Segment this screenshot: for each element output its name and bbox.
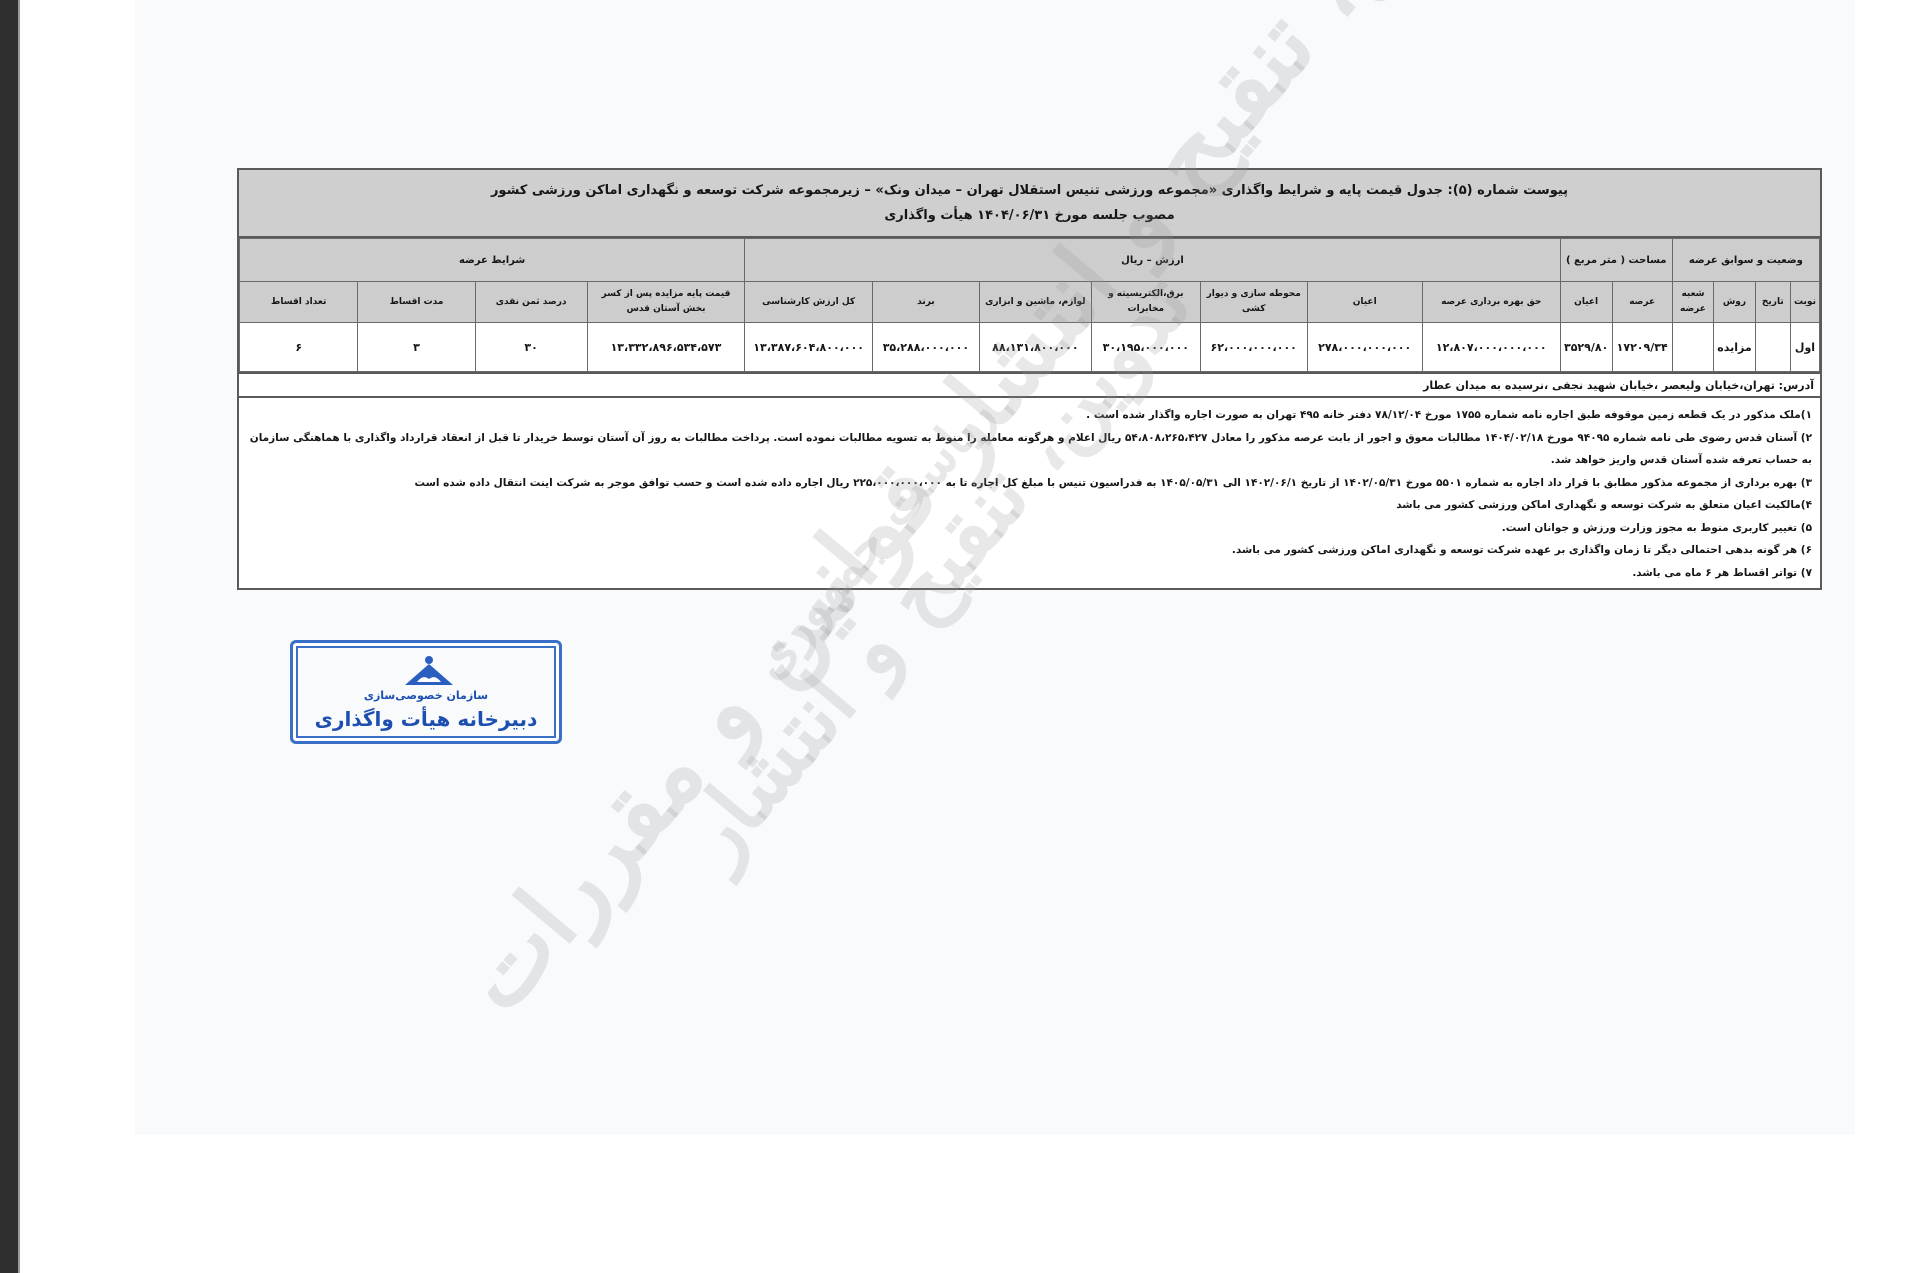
column-header: عرصه: [1612, 282, 1672, 323]
viewer-left-strip: [0, 0, 18, 1273]
cell-round: اول: [1790, 323, 1819, 372]
stamp-org-name: سازمان خصوصی‌سازی: [293, 689, 559, 702]
note-item: ۷) تواتر اقساط هر ۶ ماه می باشد.: [247, 562, 1812, 585]
column-header: اعیان: [1307, 282, 1422, 323]
note-item: ۱)ملک مذکور در یک قطعه زمین موقوفه طبق ا…: [247, 404, 1812, 427]
column-header: لوازم، ماشین و ابزاری: [979, 282, 1091, 323]
cell-building-value: ۲۷۸،۰۰۰،۰۰۰،۰۰۰: [1307, 323, 1422, 372]
cell-cash-percent: ۳۰: [475, 323, 587, 372]
pricing-table: پیوست شماره (۵): جدول قیمت پایه و شرایط …: [237, 168, 1822, 590]
cell-date: [1755, 323, 1790, 372]
column-header: اعیان: [1560, 282, 1612, 323]
cell-land-usage-right: ۱۲،۸۰۷،۰۰۰،۰۰۰،۰۰۰: [1422, 323, 1560, 372]
column-header: درصد ثمن نقدی: [475, 282, 587, 323]
group-header-area: مساحت ( متر مربع ): [1560, 239, 1672, 282]
cell-brand-value: ۳۵،۲۸۸،۰۰۰،۰۰۰: [872, 323, 979, 372]
column-header: برند: [872, 282, 979, 323]
group-header-row: وضعیت و سوابق عرضه مساحت ( متر مربع ) ار…: [240, 239, 1820, 282]
privatization-logo-icon: [403, 655, 455, 687]
cell-total-appraisal: ۱۳،۳۸۷،۶۰۴،۸۰۰،۰۰۰: [745, 323, 873, 372]
column-header: برق،الکتریسیته و مخابرات: [1091, 282, 1200, 323]
column-header: شعبه عرضه: [1672, 282, 1713, 323]
note-item: ۲) آستان قدس رضوی طی نامه شماره ۹۴۰۹۵ مو…: [247, 427, 1812, 450]
notes-section: ۱)ملک مذکور در یک قطعه زمین موقوفه طبق ا…: [239, 398, 1820, 588]
column-header: روش: [1714, 282, 1755, 323]
cell-landscaping-value: ۶۲،۰۰۰،۰۰۰،۰۰۰: [1200, 323, 1307, 372]
column-header: مدت اقساط: [358, 282, 475, 323]
column-header: تعداد اقساط: [240, 282, 358, 323]
pricing-grid: وضعیت و سوابق عرضه مساحت ( متر مربع ) ار…: [239, 238, 1820, 372]
column-header-row: نوبت تاریخ روش شعبه عرضه عرصه اعیان حق ب…: [240, 282, 1820, 323]
column-header: حق بهره برداری عرصه: [1422, 282, 1560, 323]
stamp-title: دبیرخانه هیأت واگذاری: [293, 707, 559, 731]
cell-building-area: ۳۵۲۹/۸۰: [1560, 323, 1612, 372]
cell-electrical-value: ۳۰،۱۹۵،۰۰۰،۰۰۰: [1091, 323, 1200, 372]
cell-installment-period: ۳: [358, 323, 475, 372]
viewer-left-strip-edge: [18, 0, 20, 1273]
table-title: پیوست شماره (۵): جدول قیمت پایه و شرایط …: [491, 183, 1568, 198]
group-header-terms: شرایط عرضه: [240, 239, 745, 282]
note-item: ۳) بهره برداری از مجموعه مذکور مطابق با …: [247, 472, 1812, 495]
cell-installment-count: ۶: [240, 323, 358, 372]
column-header: محوطه سازی و دیوار کشی: [1200, 282, 1307, 323]
column-header: کل ارزش کارشناسی: [745, 282, 873, 323]
note-item: به حساب تعرفه شده آستان قدس واریز خواهد …: [247, 449, 1812, 472]
table-subtitle: مصوب جلسه مورخ ۱۴۰۴/۰۶/۳۱ هیأت واگذاری: [884, 208, 1174, 223]
note-item: ۶) هر گونه بدهی احتمالی دیگر تا زمان واگ…: [247, 539, 1812, 562]
address-row: آدرس: تهران،خیابان ولیعصر ،خیابان شهید ن…: [239, 372, 1820, 398]
cell-method: مزایده: [1714, 323, 1755, 372]
group-header-value: ارزش – ریال: [745, 239, 1560, 282]
cell-land-area: ۱۷۲۰۹/۳۴: [1612, 323, 1672, 372]
column-header: قیمت پایه مزایده پس از کسر بخش آستان قدس: [587, 282, 745, 323]
official-stamp: سازمان خصوصی‌سازی دبیرخانه هیأت واگذاری: [290, 640, 562, 744]
cell-branch: [1672, 323, 1713, 372]
note-item: ۴)مالکیت اعیان متعلق به شرکت توسعه و نگه…: [247, 494, 1812, 517]
note-item: ۵) تغییر کاربری منوط به مجوز وزارت ورزش …: [247, 517, 1812, 540]
column-header: تاریخ: [1755, 282, 1790, 323]
column-header: نوبت: [1790, 282, 1819, 323]
table-row: اول مزایده ۱۷۲۰۹/۳۴ ۳۵۲۹/۸۰ ۱۲،۸۰۷،۰۰۰،۰…: [240, 323, 1820, 372]
cell-base-price: ۱۳،۳۳۲،۸۹۶،۵۳۴،۵۷۳: [587, 323, 745, 372]
cell-equipment-value: ۸۸،۱۳۱،۸۰۰،۰۰۰: [979, 323, 1091, 372]
group-header-status: وضعیت و سوابق عرضه: [1672, 239, 1819, 282]
table-title-band: پیوست شماره (۵): جدول قیمت پایه و شرایط …: [239, 170, 1820, 238]
